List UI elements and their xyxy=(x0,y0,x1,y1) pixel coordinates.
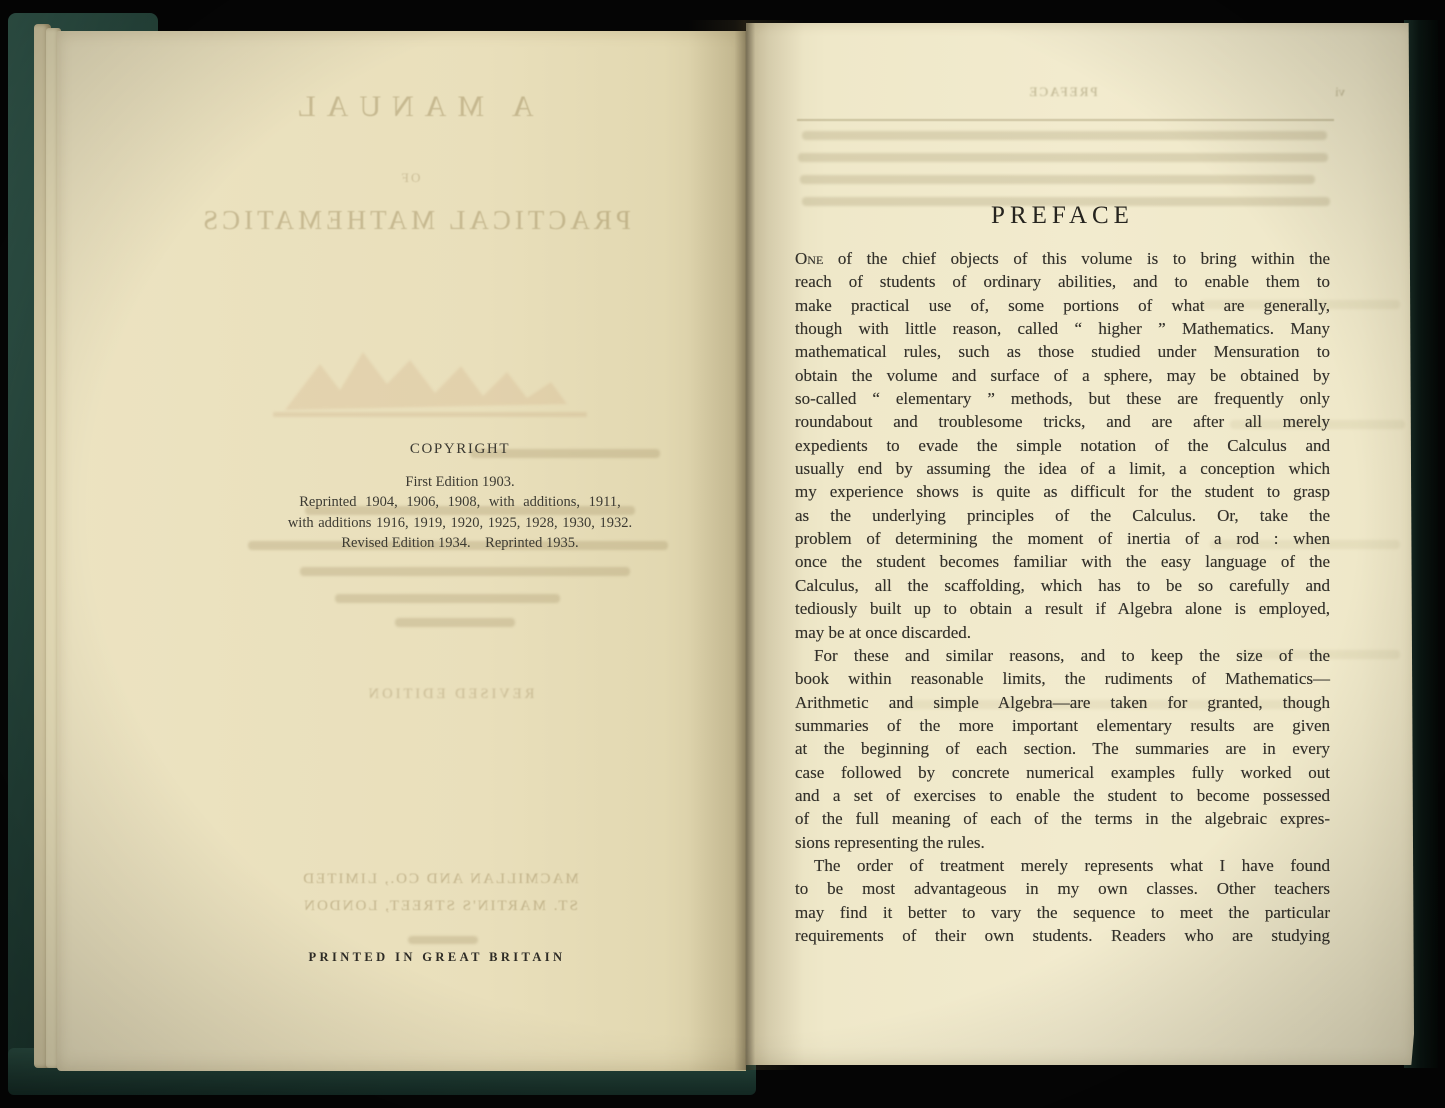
preface-line: problem of determining the moment of ine… xyxy=(795,527,1330,550)
bleedthrough-title-of: OF xyxy=(110,170,710,186)
bleedthrough-edition: REVISED EDITION xyxy=(150,686,750,703)
preface-line: and a set of exercises to enable the stu… xyxy=(795,784,1330,807)
preface-line: expedients to evade the simple notation … xyxy=(795,434,1330,457)
preface-line: The order of treatment merely represents… xyxy=(795,854,1330,877)
bleedthrough-publisher: MACMILLAN AND CO., LIMITED xyxy=(140,871,740,888)
preface-line: tediously built up to obtain a result if… xyxy=(795,597,1330,620)
copyright-line: with additions 1916, 1919, 1920, 1925, 1… xyxy=(160,513,760,533)
copyright-line: Revised Edition 1934. Reprinted 1935. xyxy=(160,533,760,553)
preface-line: reach of students of ordinary abilities,… xyxy=(795,270,1330,293)
bleedthrough-line-blur xyxy=(335,594,560,603)
copyright-line: First Edition 1903. xyxy=(160,472,760,492)
preface-paragraph: For these and similar reasons, and to ke… xyxy=(795,644,1330,854)
copyright-block: COPYRIGHT First Edition 1903.Reprinted 1… xyxy=(160,441,760,554)
preface-line: so-called “ elementary ” methods, but th… xyxy=(795,387,1330,410)
preface-paragraph: The order of treatment merely represents… xyxy=(795,854,1330,947)
preface-line: One of the chief objects of this volume … xyxy=(795,247,1330,270)
bleedthrough-folio: vi xyxy=(1322,85,1358,100)
bleedthrough-line-blur xyxy=(802,131,1327,140)
preface-line: make practical use of, some portions of … xyxy=(795,294,1330,317)
preface-line: as the underlying principles of the Calc… xyxy=(795,504,1330,527)
preface-line: to be most advantageous in my own classe… xyxy=(795,877,1330,900)
preface-paragraph: One of the chief objects of this volume … xyxy=(795,247,1330,644)
bleedthrough-line-blur xyxy=(798,153,1328,162)
preface-line: usually end by assuming the idea of a li… xyxy=(795,457,1330,480)
bleedthrough-publisher: ST. MARTIN'S STREET, LONDON xyxy=(140,898,740,915)
preface-line: book within reasonable limits, the rudim… xyxy=(795,667,1330,690)
bleedthrough-running-head: PREFACE xyxy=(795,84,1330,100)
preface-line: of the full meaning of each of the terms… xyxy=(795,807,1330,830)
preface-line: at the beginning of each section. The su… xyxy=(795,737,1330,760)
copyright-lines: First Edition 1903.Reprinted 1904, 1906,… xyxy=(160,472,760,554)
preface-line: once the student becomes familiar with t… xyxy=(795,550,1330,573)
preface-line: may find it better to vary the sequence … xyxy=(795,901,1330,924)
bleedthrough-title: PRACTICAL MATHEMATICS xyxy=(95,205,735,236)
preface-line: For these and similar reasons, and to ke… xyxy=(795,644,1330,667)
preface-line: roundabout and troublesome tricks, and a… xyxy=(795,410,1330,433)
preface-line: my experience shows is quite as difficul… xyxy=(795,480,1330,503)
preface-line: may be at once discarded. xyxy=(795,621,1330,644)
preface-line: obtain the volume and surface of a spher… xyxy=(795,364,1330,387)
bleedthrough-rule xyxy=(797,119,1334,121)
bleedthrough-line-blur xyxy=(408,936,478,944)
preface-line: summaries of the more important elementa… xyxy=(795,714,1330,737)
preface-line: though with little reason, called “ high… xyxy=(795,317,1330,340)
bleedthrough-line-blur xyxy=(800,175,1315,184)
bleedthrough-line-blur xyxy=(395,618,515,627)
lead-word-smallcaps: One xyxy=(795,249,823,268)
preface-line: case followed by concrete numerical exam… xyxy=(795,761,1330,784)
copyright-line: Reprinted 1904, 1906, 1908, with additio… xyxy=(160,492,760,512)
preface-line: Calculus, all the scaffolding, which has… xyxy=(795,574,1330,597)
bleedthrough-ornament xyxy=(265,338,595,433)
preface-title: PREFACE xyxy=(795,202,1330,230)
preface-line: requirements of their own students. Read… xyxy=(795,924,1330,947)
preface-line: sions representing the rules. xyxy=(795,831,1330,854)
preface-line: mathematical rules, such as those studie… xyxy=(795,340,1330,363)
copyright-heading: COPYRIGHT xyxy=(160,441,760,458)
bleedthrough-title: A MANUAL xyxy=(110,90,710,124)
preface-line: Arithmetic and simple Algebra—are taken … xyxy=(795,691,1330,714)
printer-line: PRINTED IN GREAT BRITAIN xyxy=(137,950,737,965)
bleedthrough-line-blur xyxy=(300,567,630,576)
book-photo: { "left_page": { "copyright": { "heading… xyxy=(0,0,1445,1108)
preface-body: One of the chief objects of this volume … xyxy=(795,247,1330,947)
